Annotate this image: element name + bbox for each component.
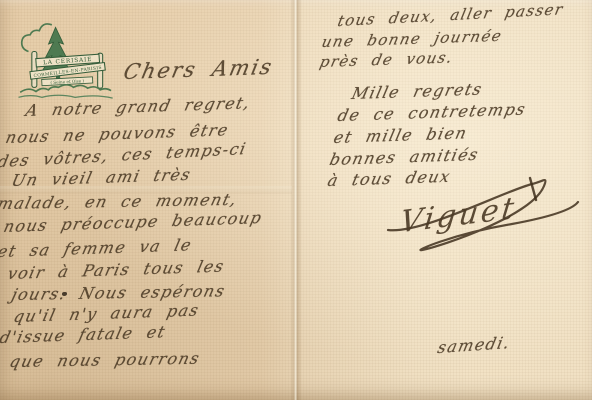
letter-line: d'issue fatale et (0, 322, 168, 347)
letter-line: Mille regrets (350, 79, 485, 103)
center-fold-crease (290, 0, 302, 400)
letter-scan: LA CERISAIE CORMEILLES-EN-PARISIS ( Sein… (0, 0, 592, 400)
letterhead-vignette: LA CERISAIE CORMEILLES-EN-PARISIS ( Sein… (16, 22, 116, 106)
letter-line: bonnes amitiés (328, 145, 481, 169)
letter-line: et mille bien (332, 123, 470, 147)
date-note: samedi. (436, 333, 513, 357)
letter-line: tous deux, aller passer (336, 0, 565, 30)
letter-line: et sa femme va le (0, 235, 194, 261)
letter-line: qu'il n'y aura pas (12, 300, 202, 326)
foliage (22, 24, 52, 52)
letter-line: une bonne journée (320, 27, 504, 51)
letter-line: que nous pourrons (8, 349, 203, 371)
letter-line: voir à Paris tous les (6, 256, 227, 283)
salutation: Chers Amis (121, 55, 275, 84)
letter-line: de ce contretemps (336, 99, 528, 125)
signature: Viguet (382, 172, 582, 258)
letter-line: près de vous. (318, 48, 455, 71)
